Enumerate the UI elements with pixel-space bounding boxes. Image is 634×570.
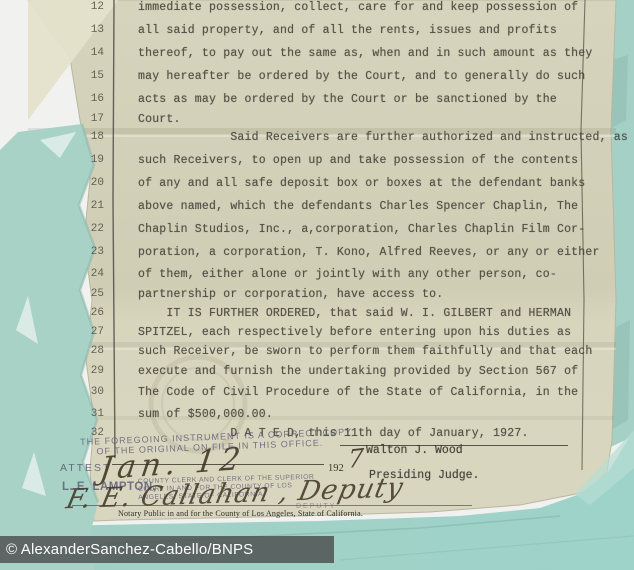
line-number: 27	[76, 326, 104, 340]
document-line: Said Receivers are further authorized an…	[138, 131, 628, 146]
line-number: 26	[76, 307, 104, 321]
document-line: Chaplin Studios, Inc., a,corporation, Ch…	[138, 223, 585, 238]
document-line: sum of $500,000.00.	[138, 408, 273, 423]
document-line: may hereafter be ordered by the Court, a…	[138, 70, 585, 85]
line-number: 21	[76, 200, 104, 214]
line-number: 15	[76, 70, 104, 84]
line-number: 19	[76, 154, 104, 168]
line-number: 16	[76, 93, 104, 107]
line-number: 22	[76, 223, 104, 237]
line-number: 30	[76, 386, 104, 400]
line-number: 18	[76, 131, 104, 145]
line-number: 31	[76, 408, 104, 422]
printed-year-prefix: 192	[328, 463, 344, 474]
judge-signature-rule	[340, 445, 568, 446]
line-number: 17	[76, 113, 104, 127]
document-line: The Code of Civil Procedure of the State…	[138, 386, 578, 401]
document-line: thereof, to pay out the same as, when an…	[138, 47, 592, 62]
document-line: of any and all safe deposit box or boxes…	[138, 177, 585, 192]
document-line: execute and furnish the undertaking prov…	[138, 365, 578, 380]
line-number: 29	[76, 365, 104, 379]
fold-crease-3	[30, 416, 614, 420]
photo-credit-watermark: © AlexanderSanchez-Cabello/BNPS	[0, 536, 334, 563]
photo-credit-text: © AlexanderSanchez-Cabello/BNPS	[0, 541, 253, 558]
document-line: all said property, and of all the rents,…	[138, 24, 557, 39]
handwritten-year-digit: 7	[348, 443, 365, 474]
document-line: of them, either alone or jointly with an…	[138, 268, 557, 283]
document-line: such Receivers, to open up and take poss…	[138, 154, 578, 169]
document-line: partnership or corporation, have access …	[138, 288, 443, 303]
line-number: 23	[76, 246, 104, 260]
document-line: Court.	[138, 113, 181, 128]
line-number: 28	[76, 345, 104, 359]
document-line: acts as may be ordered by the Court or b…	[138, 93, 557, 108]
line-number: 20	[76, 177, 104, 191]
document-line: above named, which the defendants Charle…	[138, 200, 578, 215]
line-number: 13	[76, 24, 104, 38]
document-line: SPITZEL, each respectively before enteri…	[138, 326, 571, 341]
photo-of-court-document: 12immediate possession, collect, care fo…	[0, 0, 634, 570]
notary-printed-line: Notary Public in and for the County of L…	[118, 509, 363, 518]
document-line: immediate possession, collect, care for …	[138, 1, 578, 16]
deputy-signature-rule	[72, 505, 472, 506]
document-line: such Receiver, be sworn to perform them …	[138, 345, 592, 360]
line-number: 25	[76, 288, 104, 302]
document-line: IT IS FURTHER ORDERED, that said W. I. G…	[138, 307, 571, 322]
line-number: 24	[76, 268, 104, 282]
line-number: 12	[76, 1, 104, 15]
document-line: poration, a corporation, T. Kono, Alfred…	[138, 246, 600, 261]
line-number: 14	[76, 47, 104, 61]
